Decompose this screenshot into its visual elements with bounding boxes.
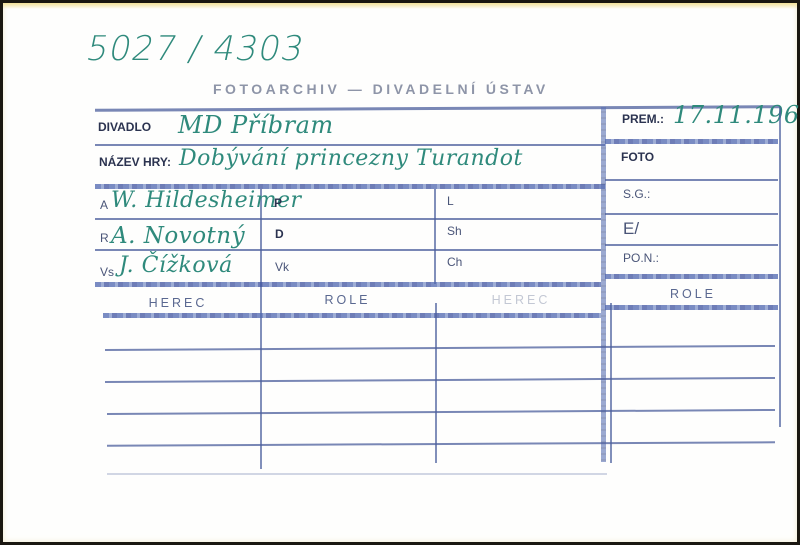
column-header-herec-1: HEREC xyxy=(103,296,253,310)
divider xyxy=(605,179,778,181)
divider xyxy=(605,274,778,279)
credit-label-sh: Sh xyxy=(447,224,462,238)
table-row-line xyxy=(105,377,775,383)
card-edge xyxy=(3,3,797,9)
prem-label: PREM.: xyxy=(622,112,664,126)
table-row-line xyxy=(107,473,607,475)
pocn-label: PO.N.: xyxy=(623,251,659,265)
sg-label: S.G.: xyxy=(623,187,650,201)
divider xyxy=(103,313,601,318)
credit-value-r: A. Novotný xyxy=(111,223,245,249)
credit-label-p: P xyxy=(274,196,282,210)
nazev-hry-value: Dobývání princezny Turandot xyxy=(179,146,523,171)
archive-card: 5027 / 4303 FOTOARCHIV — DIVADELNÍ ÚSTAV… xyxy=(3,3,797,542)
divider xyxy=(779,107,781,427)
credit-label-a: A xyxy=(100,198,108,212)
credit-label-ch: Ch xyxy=(447,255,462,269)
column-header-herec-2: HEREC xyxy=(441,293,601,307)
credit-label-r: R xyxy=(100,231,109,245)
nazev-hry-label: NÁZEV HRY: xyxy=(99,155,171,169)
divider xyxy=(95,282,601,287)
column-header-role-2: ROLE xyxy=(613,287,773,301)
catalog-number: 5027 / 4303 xyxy=(83,29,309,69)
divider xyxy=(95,218,601,220)
divider xyxy=(610,303,612,463)
credit-label-vk: Vk xyxy=(275,260,289,274)
table-row-line xyxy=(105,345,775,351)
credit-label-d: D xyxy=(275,227,284,241)
divider xyxy=(434,189,436,284)
table-row-line xyxy=(107,409,775,415)
foto-label: FOTO xyxy=(621,150,654,164)
column-header-role-1: ROLE xyxy=(265,293,430,307)
credit-value-a: W. Hildesheimer xyxy=(111,188,302,213)
e-label: E/ xyxy=(623,219,639,239)
divider xyxy=(435,303,437,463)
divider xyxy=(605,213,778,215)
table-row-line xyxy=(107,441,775,446)
credit-label-l: L xyxy=(447,194,454,208)
divadlo-value: MD Příbram xyxy=(178,111,334,139)
divider xyxy=(95,249,601,251)
divadlo-label: DIVADLO xyxy=(98,120,151,134)
divider xyxy=(260,189,262,469)
archive-stamp: FOTOARCHIV — DIVADELNÍ ÚSTAV xyxy=(213,81,549,97)
credit-label-vs: Vs xyxy=(100,265,114,279)
divider xyxy=(605,244,778,246)
divider xyxy=(601,107,606,462)
divider xyxy=(605,139,778,144)
credit-value-vs: J. Čížková xyxy=(119,253,233,278)
divider xyxy=(605,305,778,310)
